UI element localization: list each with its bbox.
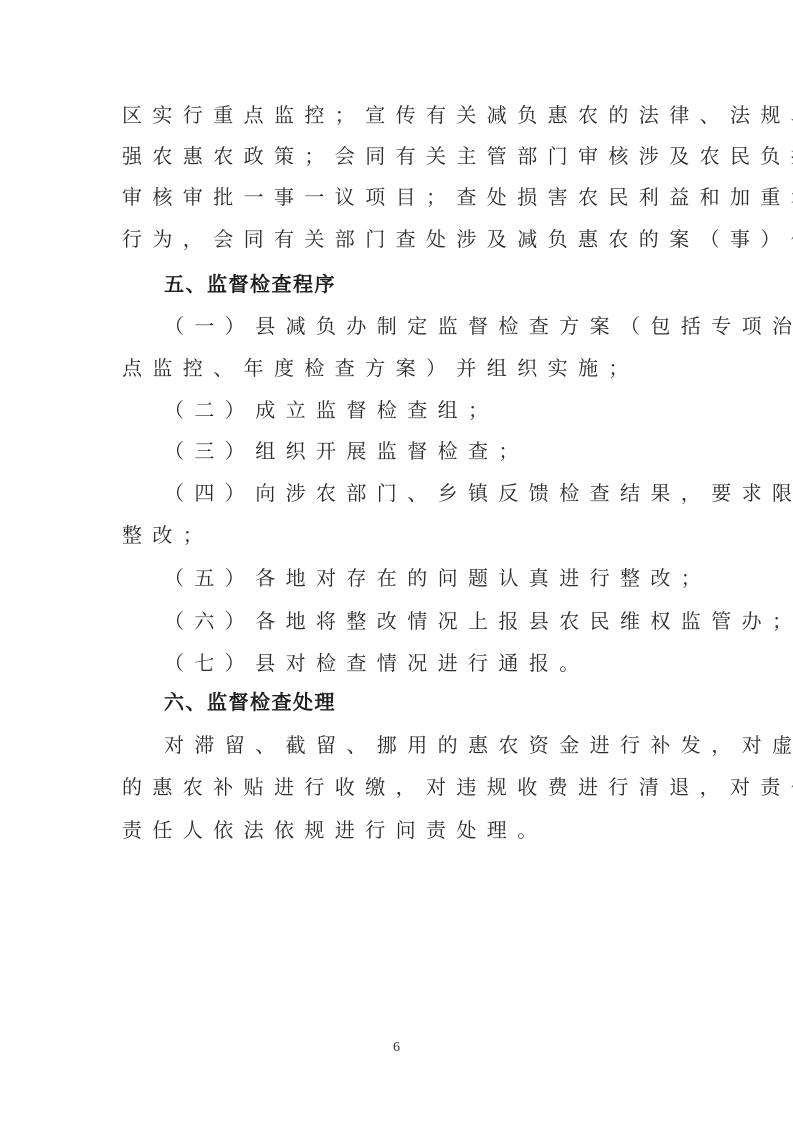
procedure-item-1: （一）县减负办制定监督检查方案（包括专项治理，重 bbox=[164, 314, 793, 338]
procedure-item-3: （三）组织开展监督检查； bbox=[164, 439, 529, 463]
paragraph-line: 行为，会同有关部门查处涉及减负惠农的案（事）件。 bbox=[122, 227, 793, 251]
procedure-item-4: （四）向涉农部门、乡镇反馈检查结果，要求限期抓好 bbox=[164, 481, 793, 505]
handling-paragraph-line: 责任人依法依规进行问责处理。 bbox=[122, 818, 548, 842]
procedure-item-1-continuation: 点监控、年度检查方案）并组织实施； bbox=[122, 356, 639, 380]
paragraph-line: 审核审批一事一议项目；查处损害农民利益和加重农民负担 bbox=[122, 185, 793, 209]
paragraph-line: 区实行重点监控；宣传有关减负惠农的法律、法规、规章和 bbox=[122, 103, 793, 127]
procedure-item-5: （五）各地对存在的问题认真进行整改； bbox=[164, 566, 711, 590]
section-heading-supervision-procedure: 五、监督检查程序 bbox=[164, 272, 336, 296]
section-heading-supervision-handling: 六、监督检查处理 bbox=[164, 690, 336, 714]
handling-paragraph-line: 对滞留、截留、挪用的惠农资金进行补发，对虚报套取 bbox=[164, 733, 793, 757]
procedure-item-7: （七）县对检查情况进行通报。 bbox=[164, 651, 590, 675]
procedure-item-2: （二）成立监督检查组； bbox=[164, 398, 498, 422]
procedure-item-4-continuation: 整改； bbox=[122, 523, 213, 547]
handling-paragraph-line: 的惠农补贴进行收缴，对违规收费进行清退，对责任部门和 bbox=[122, 775, 793, 799]
page-number: 6 bbox=[0, 1040, 793, 1056]
document-page: 区实行重点监控；宣传有关减负惠农的法律、法规、规章和 强农惠农政策；会同有关主管… bbox=[0, 0, 793, 1122]
paragraph-line: 强农惠农政策；会同有关主管部门审核涉及农民负担文件， bbox=[122, 144, 793, 168]
procedure-item-6: （六）各地将整改情况上报县农民维权监管办； bbox=[164, 609, 793, 633]
